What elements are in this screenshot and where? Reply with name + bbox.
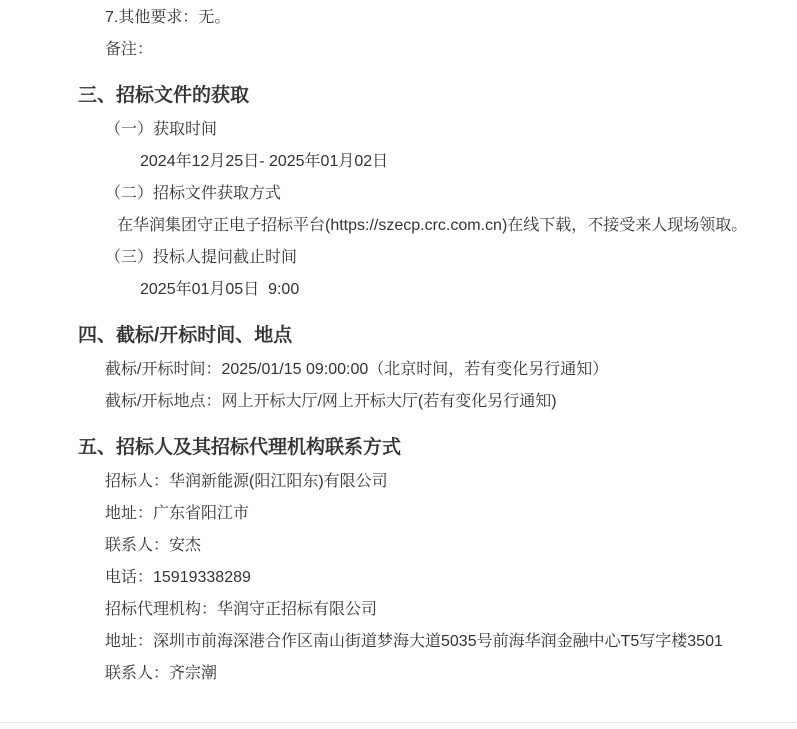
agency-contact-line: 联系人：齐宗潮 <box>105 658 761 690</box>
bid-opening-location-line: 截标/开标地点：网上开标大厅/网上开标大厅(若有变化另行通知) <box>105 386 761 418</box>
acquisition-method-subheading: （二）招标文件获取方式 <box>105 178 761 210</box>
tender-notice-document: 7.其他要求：无。 备注： 三、招标文件的获取 （一）获取时间 2024年12月… <box>0 0 797 690</box>
acquisition-date-range: 2024年12月25日- 2025年01月02日 <box>140 146 761 178</box>
bottom-strip <box>0 723 797 729</box>
section-title-contact-info: 五、招标人及其招标代理机构联系方式 <box>78 430 761 466</box>
tenderer-phone-line: 电话：15919338289 <box>105 562 761 594</box>
bid-opening-time-line: 截标/开标时间：2025/01/15 09:00:00（北京时间，若有变化另行通… <box>105 354 761 386</box>
tenderer-name-line: 招标人：华润新能源(阳江阳东)有限公司 <box>105 466 761 498</box>
acquisition-method-paragraph: 在华润集团守正电子招标平台(https://szecp.crc.com.cn)在… <box>70 210 761 242</box>
tenderer-address-line: 地址：广东省阳江市 <box>105 498 761 530</box>
question-deadline-datetime: 2025年01月05日 9:00 <box>140 274 761 306</box>
other-requirements-line: 7.其他要求：无。 <box>105 2 761 34</box>
question-deadline-subheading: （三）投标人提问截止时间 <box>105 242 761 274</box>
remarks-line: 备注： <box>105 34 761 66</box>
agency-address-line: 地址：深圳市前海深港合作区南山街道梦海大道5035号前海华润金融中心T5写字楼3… <box>105 626 761 658</box>
section-title-bid-opening: 四、截标/开标时间、地点 <box>78 318 761 354</box>
acquisition-time-subheading: （一）获取时间 <box>105 114 761 146</box>
tenderer-contact-line: 联系人：安杰 <box>105 530 761 562</box>
agency-name-line: 招标代理机构：华润守正招标有限公司 <box>105 594 761 626</box>
section-title-document-acquisition: 三、招标文件的获取 <box>78 78 761 114</box>
